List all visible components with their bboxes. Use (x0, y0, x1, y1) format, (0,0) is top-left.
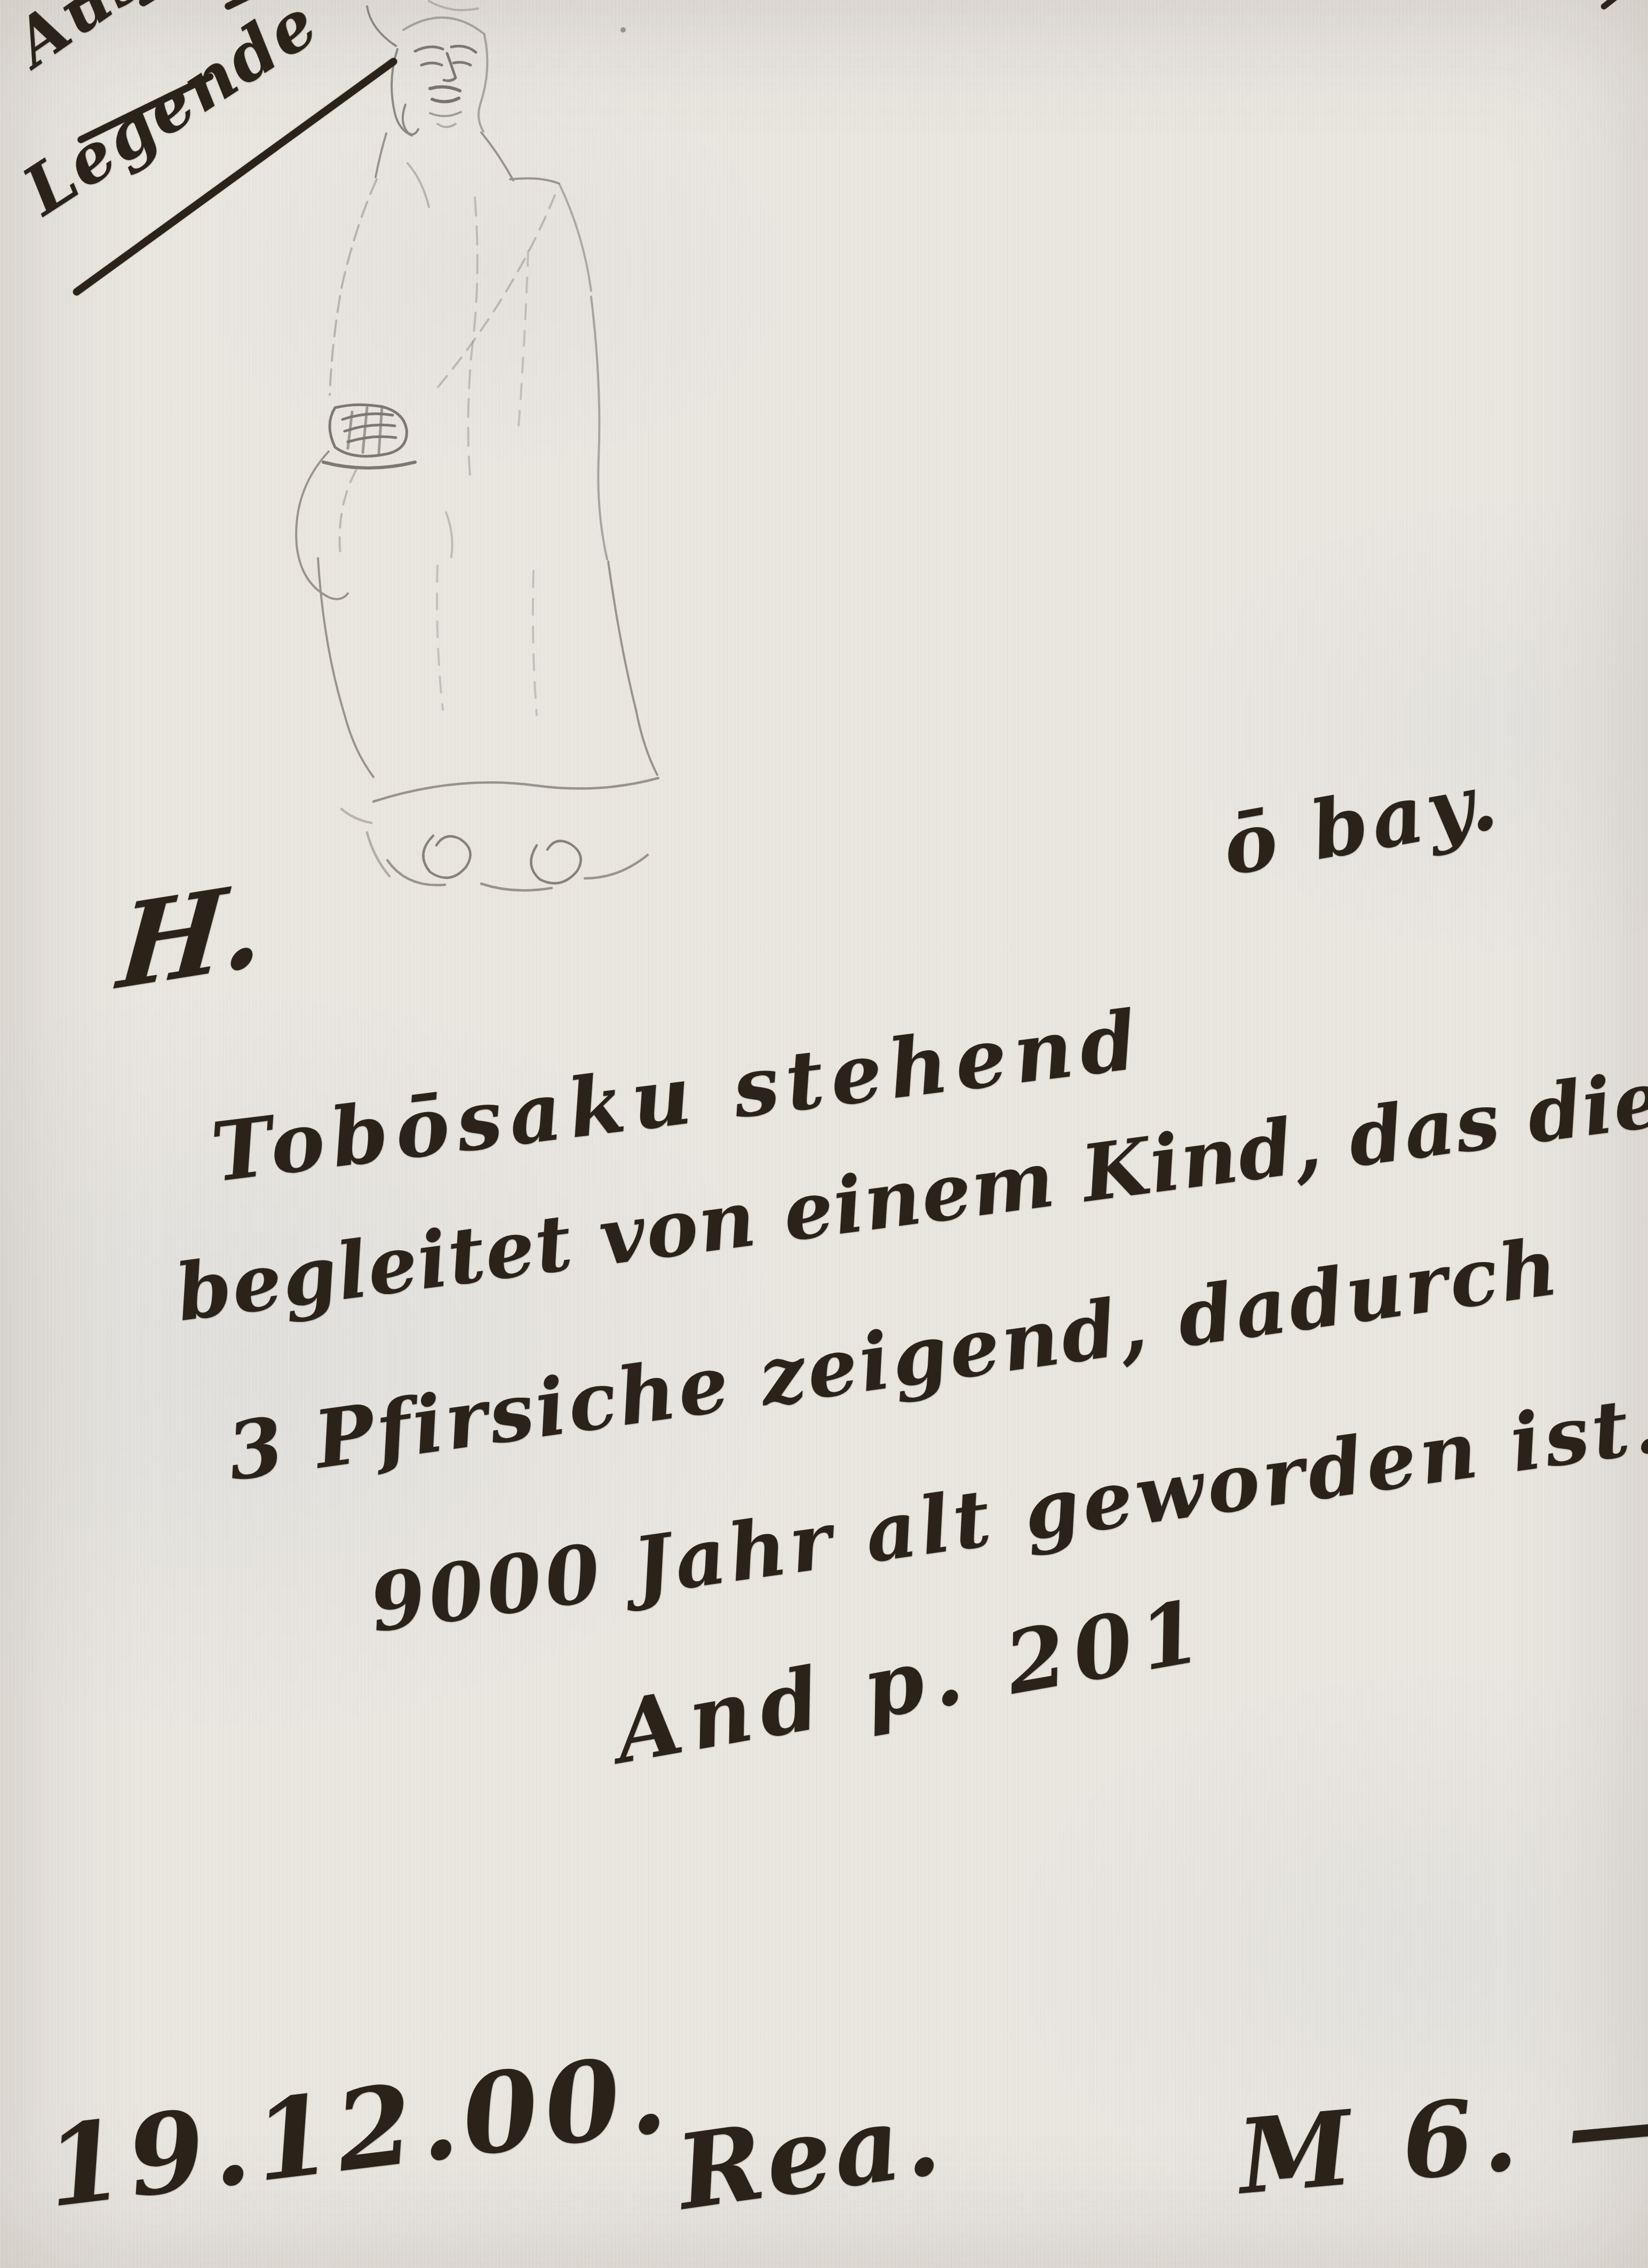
hands-sketch (323, 405, 415, 468)
robe-sketch (296, 297, 657, 777)
torso-sketch (330, 132, 591, 481)
head-sketch (367, 1, 626, 136)
notebook-page: Aus Legende ō bay. H. Tobōsaku stehend b… (0, 0, 1648, 2268)
hem-sketch (341, 778, 658, 891)
initial-letter: H. (114, 867, 269, 1006)
